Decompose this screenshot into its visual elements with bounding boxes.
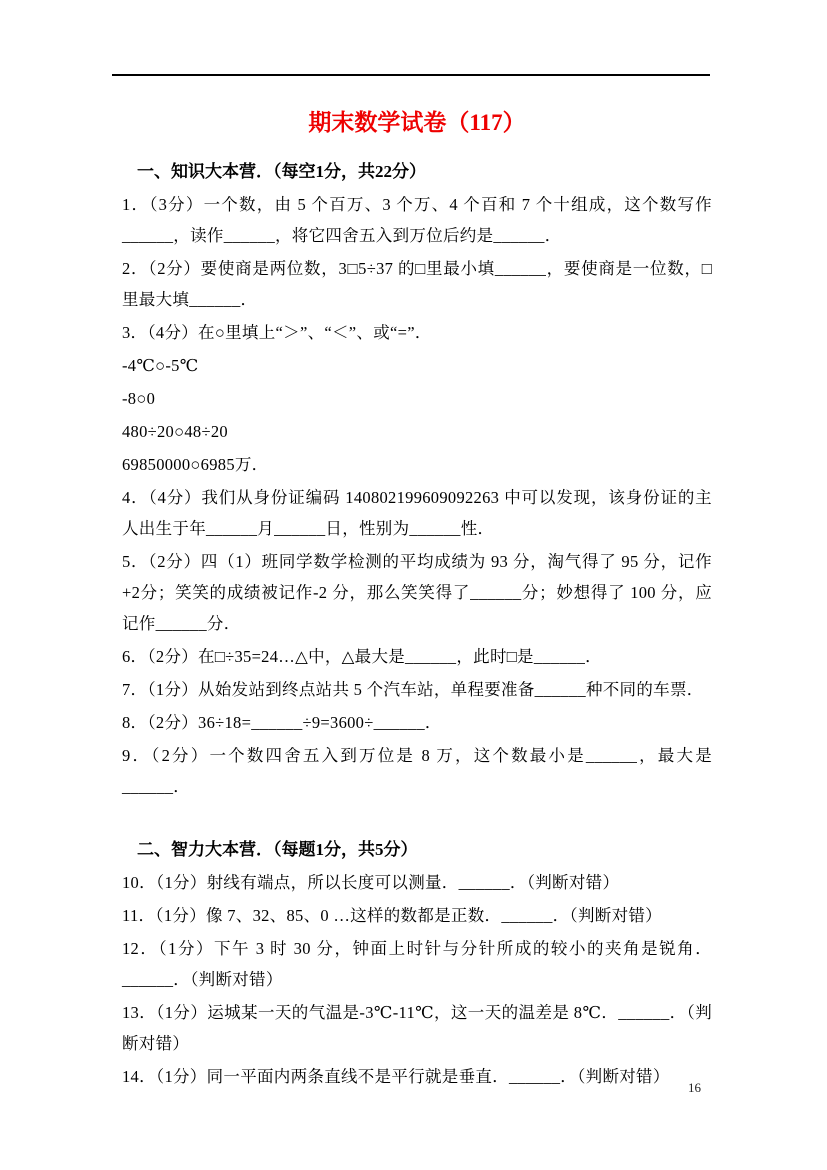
exam-document-page: 期末数学试卷（117） 一、知识大本营．（每空1分，共22分） 1．（3分）一个… — [0, 0, 827, 1170]
question-5: 5．（2分）四（1）班同学数学检测的平均成绩为 93 分，淘气得了 95 分，记… — [122, 546, 712, 639]
question-8: 8．（2分）36÷18=______÷9=3600÷______． — [122, 707, 712, 738]
page-number: 16 — [688, 1080, 701, 1096]
question-2: 2．（2分）要使商是两位数，3□5÷37 的□里最小填______，要使商是一位… — [122, 253, 712, 315]
document-content: 期末数学试卷（117） 一、知识大本营．（每空1分，共22分） 1．（3分）一个… — [122, 96, 712, 1094]
section1-heading: 一、知识大本营．（每空1分，共22分） — [122, 156, 712, 187]
question-3: 3．（4分）在○里填上“＞”、“＜”、或“=”． — [122, 317, 712, 348]
question-7: 7．（1分）从始发站到终点站共 5 个汽车站，单程要准备______种不同的车票… — [122, 674, 712, 705]
question-3-item-3: 480÷20○48÷20 — [122, 416, 712, 447]
section2-heading: 二、智力大本营．（每题1分，共5分） — [122, 834, 712, 865]
question-11: 11．（1分）像 7、32、85、0 …这样的数都是正数．______．（判断对… — [122, 900, 712, 931]
question-12: 12．（1分）下午 3 时 30 分，钟面上时针与分针所成的较小的夹角是锐角．_… — [122, 933, 712, 995]
page-title: 期末数学试卷（117） — [122, 108, 712, 138]
question-3-item-1: -4℃○-5℃ — [122, 350, 712, 381]
question-4: 4．（4分）我们从身份证编码 140802199609092263 中可以发现，… — [122, 482, 712, 544]
question-9: 9．（2分）一个数四舍五入到万位是 8 万，这个数最小是______，最大是__… — [122, 740, 712, 802]
question-10: 10．（1分）射线有端点，所以长度可以测量．______．（判断对错） — [122, 867, 712, 898]
question-14: 14．（1分）同一平面内两条直线不是平行就是垂直．______．（判断对错） — [122, 1061, 712, 1092]
question-6: 6．（2分）在□÷35=24…△中，△最大是______，此时□是______． — [122, 641, 712, 672]
question-13: 13．（1分）运城某一天的气温是-3℃-11℃，这一天的温差是 8℃．_____… — [122, 997, 712, 1059]
question-3-item-2: -8○0 — [122, 383, 712, 414]
question-3-item-4: 69850000○6985万． — [122, 449, 712, 480]
question-1: 1．（3分）一个数，由 5 个百万、3 个万、4 个百和 7 个十组成，这个数写… — [122, 189, 712, 251]
header-rule — [112, 74, 710, 76]
